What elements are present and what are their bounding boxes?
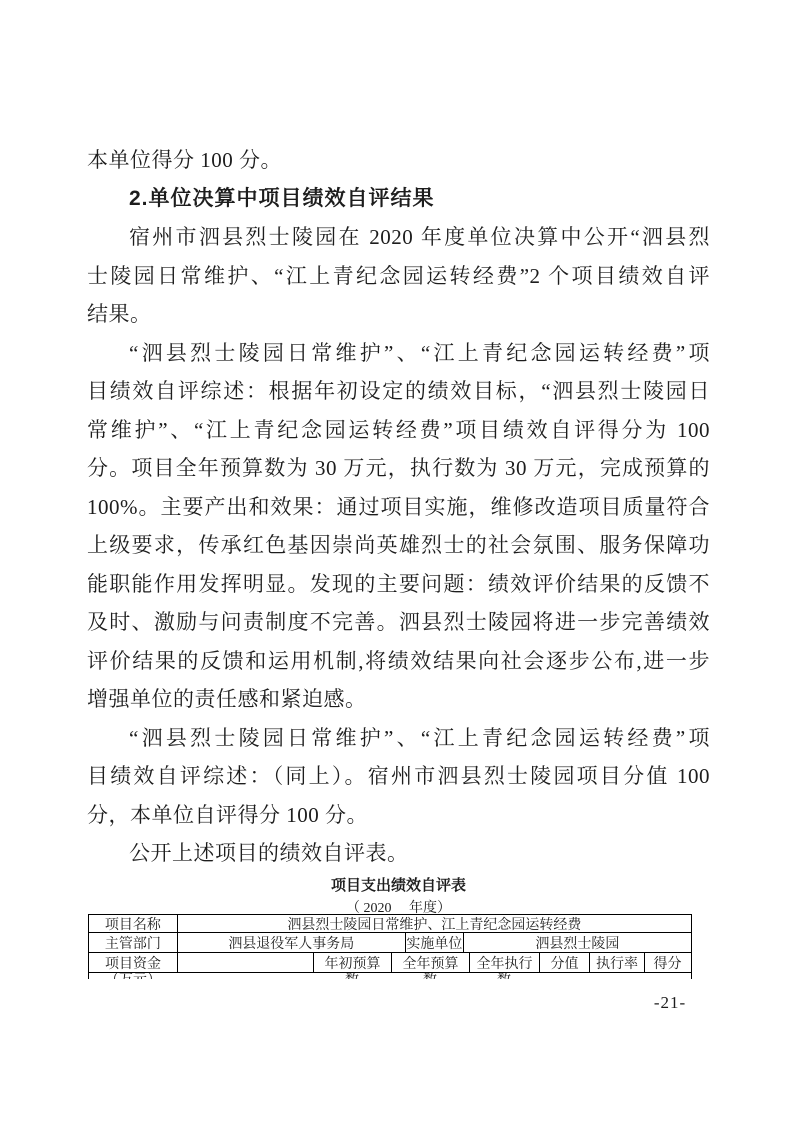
body-line: 目绩效自评综述：根据年初设定的绩效目标，“泗县烈士陵园日 [87,372,710,411]
body-text: 本单位得分 100 分。 2.单位决算中项目绩效自评结果 宿州市泗县烈士陵园在 … [87,141,710,873]
document-page: 本单位得分 100 分。 2.单位决算中项目绩效自评结果 宿州市泗县烈士陵园在 … [0,0,793,1122]
body-line: 分，本单位自评得分 100 分。 [87,796,710,835]
cell-project-name-label: 项目名称 [89,915,177,932]
table-row: 项目名称 泗县烈士陵园日常维护、江上青纪念园运转经费 [89,915,691,933]
body-line: 常维护”、“江上青纪念园运转经费”项目绩效自评得分为 100 [87,411,710,450]
cell-score: 得分 [644,953,690,972]
table-row: 项目资金 年初预算 全年预算 全年执行 分值 执行率 得分 [89,953,691,973]
body-line: 宿州市泗县烈士陵园在 2020 年度单位决算中公开“泗县烈 [87,218,710,257]
cell-dept-label: 主管部门 [89,933,177,952]
body-line: 公开上述项目的绩效自评表。 [87,834,710,873]
clipped-suffix: 数 [469,973,539,979]
page-number: -21- [630,993,710,1013]
cell-funds-empty [177,953,313,972]
table-clipped-row: （万元） 数 数 数 [89,973,691,979]
body-line: 增强单位的责任感和紧迫感。 [87,680,710,719]
body-line: 能职能作用发挥明显。发现的主要问题：绩效评价结果的反馈不 [87,565,710,604]
body-line: 及时、激励与问责制度不完善。泗县烈士陵园将进一步完善绩效 [87,603,710,642]
cell-exec-rate: 执行率 [589,953,644,972]
section-heading: 2.单位决算中项目绩效自评结果 [87,180,710,219]
cell-score-value: 分值 [539,953,589,972]
cell-budget-year: 全年预算 [391,953,469,972]
body-line: 目绩效自评综述：（同上）。宿州市泗县烈士陵园项目分值 100 [87,757,710,796]
body-line: 本单位得分 100 分。 [87,141,710,180]
body-line: 上级要求，传承红色基因崇尚英雄烈士的社会氛围、服务保障功 [87,526,710,565]
body-line: 士陵园日常维护、“江上青纪念园运转经费”2 个项目绩效自评 [87,257,710,296]
cell-funds-label: 项目资金 [89,953,177,972]
body-line: 100%。主要产出和效果：通过项目实施，维修改造项目质量符合 [87,488,710,527]
body-line: “泗县烈士陵园日常维护”、“江上青纪念园运转经费”项 [87,719,710,758]
self-evaluation-table: 项目名称 泗县烈士陵园日常维护、江上青纪念园运转经费 主管部门 泗县退役军人事务… [88,914,692,979]
cell-impl-label: 实施单位 [405,933,463,952]
cell-project-name-value: 泗县烈士陵园日常维护、江上青纪念园运转经费 [177,915,691,932]
cell-impl-value: 泗县烈士陵园 [463,933,691,952]
body-line: “泗县烈士陵园日常维护”、“江上青纪念园运转经费”项 [87,334,710,373]
body-line: 分。项目全年预算数为 30 万元，执行数为 30 万元，完成预算的 [87,449,710,488]
clipped-funds-unit: （万元） [89,973,177,979]
clipped-suffix: 数 [391,973,469,979]
body-line: 结果。 [87,295,710,334]
table-title: 项目支出绩效自评表 [87,874,710,895]
clipped-suffix: 数 [313,973,391,979]
body-line: 评价结果的反馈和运用机制,将绩效结果向社会逐步公布,进一步 [87,642,710,681]
cell-budget-begin: 年初预算 [313,953,391,972]
cell-dept-value: 泗县退役军人事务局 [177,933,405,952]
table-row: 主管部门 泗县退役军人事务局 实施单位 泗县烈士陵园 [89,933,691,953]
cell-exec-year: 全年执行 [469,953,539,972]
